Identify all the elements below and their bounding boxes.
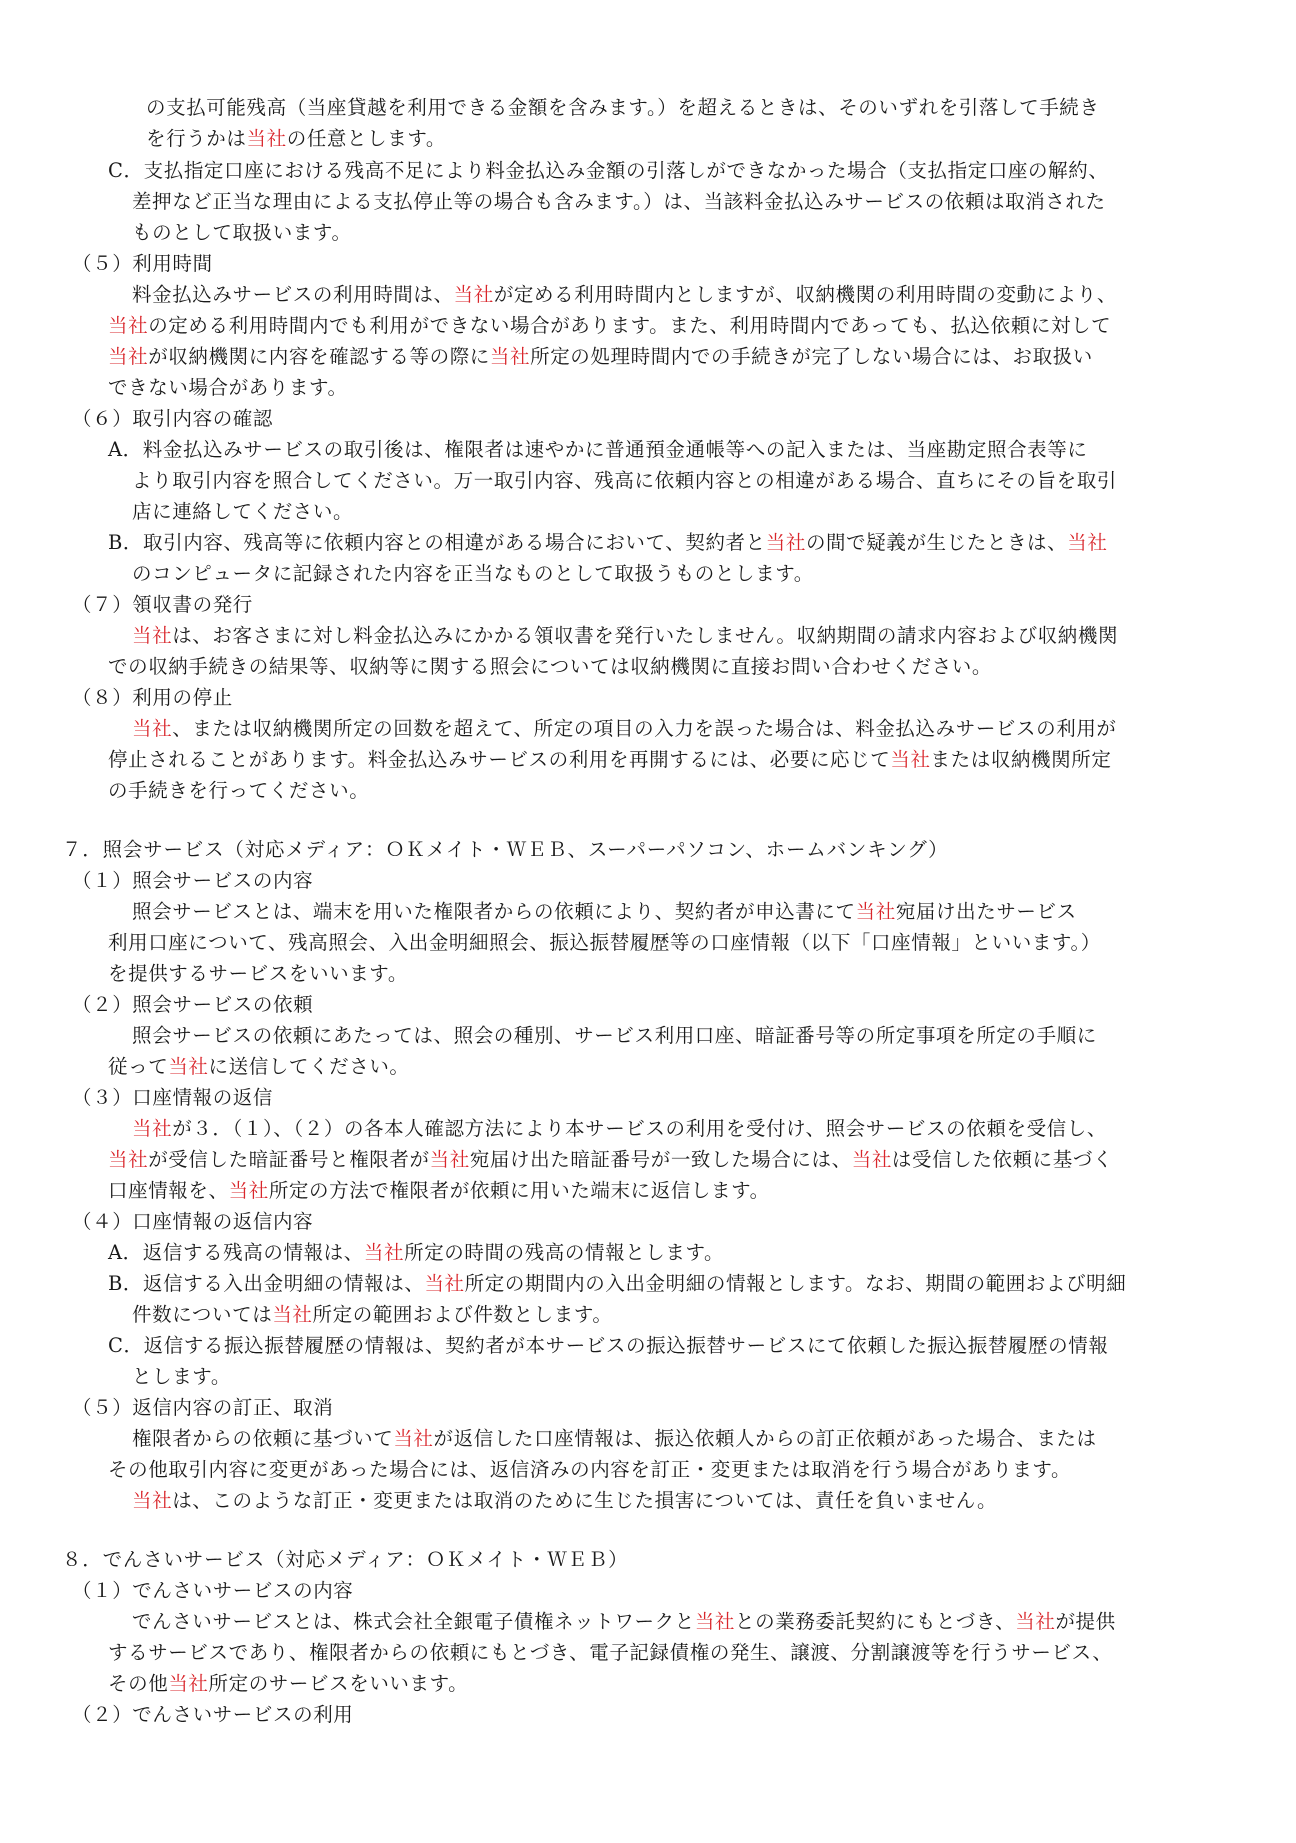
text-line: 照会サービスの依頼にあたっては、照会の種別、サービス利用口座、暗証番号等の所定事…	[132, 1022, 1097, 1050]
text-line: 件数については当社所定の範囲および件数とします。	[132, 1301, 612, 1329]
text-segment: とします。	[132, 1365, 231, 1388]
company-term-highlight: 当社	[393, 1427, 433, 1450]
text-line: の手続きを行ってください。	[108, 777, 369, 805]
text-segment: するサービスであり、権限者からの依頼にもとづき、電子記録債権の発生、譲渡、分割譲…	[108, 1641, 1112, 1664]
text-segment: （１）照会サービスの内容	[72, 869, 313, 892]
company-term-highlight: 当社	[364, 1241, 404, 1264]
text-segment: （２）でんさいサービスの利用	[72, 1703, 353, 1726]
text-segment: が提供	[1055, 1610, 1115, 1633]
company-term-highlight: 当社	[766, 531, 806, 554]
text-segment: 、または収納機関所定の回数を超えて、所定の項目の入力を誤った場合は、料金払込みサ…	[172, 717, 1116, 740]
text-line: （１）照会サービスの内容	[72, 867, 313, 895]
company-term-highlight: 当社	[108, 345, 148, 368]
text-line: 差押など正当な理由による支払停止等の場合も含みます。）は、当該料金払込みサービス…	[132, 188, 1106, 216]
text-line: （３）口座情報の返信	[72, 1084, 273, 1112]
document-page: の支払可能残高（当座貸越を利用できる金額を含みます。）を超えるときは、そのいずれ…	[0, 0, 1296, 1843]
company-term-highlight: 当社	[108, 314, 148, 337]
company-term-highlight: 当社	[108, 1148, 148, 1171]
text-line: ものとして取扱います。	[132, 219, 352, 247]
text-segment: ７．照会サービス（対応メディア：ＯＫメイト・ＷＥＢ、スーパーパソコン、ホームバン…	[62, 838, 948, 861]
text-line: 当社が３．（１）、（２）の各本人確認方法により本サービスの利用を受付け、照会サー…	[132, 1115, 1107, 1143]
text-line: 当社が収納機関に内容を確認する等の際に当社所定の処理時間内での手続きが完了しない…	[108, 343, 1093, 371]
text-line: 料金払込みサービスの利用時間は、当社が定める利用時間内としますが、収納機関の利用…	[132, 281, 1117, 309]
text-line: 利用口座について、残高照会、入出金明細照会、振込振替履歴等の口座情報（以下「口座…	[108, 929, 1101, 957]
text-segment: を提供するサービスをいいます。	[108, 962, 408, 985]
text-segment: その他	[108, 1672, 168, 1695]
text-segment: 利用口座について、残高照会、入出金明細照会、振込振替履歴等の口座情報（以下「口座…	[108, 931, 1101, 954]
text-segment: でんさいサービスとは、株式会社全銀電子債権ネットワークと	[132, 1610, 695, 1633]
company-term-highlight: 当社	[430, 1148, 470, 1171]
text-segment: （６）取引内容の確認	[72, 407, 273, 430]
text-line: 店に連絡してください。	[132, 498, 353, 526]
text-segment: の支払可能残高（当座貸越を利用できる金額を含みます。）を超えるときは、そのいずれ…	[146, 96, 1100, 119]
section-heading: ７．照会サービス（対応メディア：ＯＫメイト・ＷＥＢ、スーパーパソコン、ホームバン…	[62, 836, 948, 864]
company-term-highlight: 当社	[424, 1272, 464, 1295]
text-segment: （３）口座情報の返信	[72, 1086, 273, 1109]
text-line: A．料金払込みサービスの取引後は、権限者は速やかに普通預金通帳等への記入または、…	[108, 436, 1087, 464]
company-term-highlight: 当社	[132, 1489, 172, 1512]
text-line: （４）口座情報の返信内容	[72, 1208, 313, 1236]
text-segment: が返信した口座情報は、振込依頼人からの訂正依頼があった場合、または	[434, 1427, 1097, 1450]
text-segment: 所定の範囲および件数とします。	[313, 1303, 613, 1326]
text-line: でんさいサービスとは、株式会社全銀電子債権ネットワークと当社との業務委託契約にも…	[132, 1608, 1116, 1636]
text-segment: その他取引内容に変更があった場合には、返信済みの内容を訂正・変更または取消を行う…	[108, 1458, 1071, 1481]
text-line: B．返信する入出金明細の情報は、当社所定の期間内の入出金明細の情報とします。なお…	[108, 1270, 1126, 1298]
text-line: A．返信する残高の情報は、当社所定の時間の残高の情報とします。	[108, 1239, 724, 1267]
text-segment: に送信してください。	[209, 1055, 410, 1078]
company-term-highlight: 当社	[890, 748, 930, 771]
company-term-highlight: 当社	[132, 1117, 172, 1140]
text-segment: C．支払指定口座における残高不足により料金払込み金額の引落しができなかった場合（…	[108, 159, 1108, 182]
text-line: B．取引内容、残高等に依頼内容との相違がある場合において、契約者と当社の間で疑義…	[108, 529, 1107, 557]
company-term-highlight: 当社	[695, 1610, 735, 1633]
text-line: 権限者からの依頼に基づいて当社が返信した口座情報は、振込依頼人からの訂正依頼があ…	[132, 1425, 1097, 1453]
section-heading: ８．でんさいサービス（対応メディア：ＯＫメイト・ＷＥＢ）	[62, 1546, 628, 1574]
text-segment: との業務委託契約にもとづき、	[735, 1610, 1015, 1633]
text-line: その他当社所定のサービスをいいます。	[108, 1670, 468, 1698]
text-segment: を行うかは	[146, 127, 247, 150]
text-line: （６）取引内容の確認	[72, 405, 273, 433]
text-segment: 権限者からの依頼に基づいて	[132, 1427, 393, 1450]
text-segment: ものとして取扱います。	[132, 221, 352, 244]
text-segment: の手続きを行ってください。	[108, 779, 369, 802]
text-segment: が３．（１）、（２）の各本人確認方法により本サービスの利用を受付け、照会サービス…	[172, 1117, 1107, 1140]
company-term-highlight: 当社	[168, 1672, 208, 1695]
text-segment: が定める利用時間内としますが、収納機関の利用時間の変動により、	[494, 283, 1117, 306]
text-segment: ８．でんさいサービス（対応メディア：ＯＫメイト・ＷＥＢ）	[62, 1548, 628, 1571]
text-line: （８）利用の停止	[72, 684, 233, 712]
text-line: するサービスであり、権限者からの依頼にもとづき、電子記録債権の発生、譲渡、分割譲…	[108, 1639, 1112, 1667]
text-segment: 所定の処理時間内での手続きが完了しない場合には、お取扱い	[530, 345, 1093, 368]
text-line: その他取引内容に変更があった場合には、返信済みの内容を訂正・変更または取消を行う…	[108, 1456, 1071, 1484]
text-line: 照会サービスとは、端末を用いた権限者からの依頼により、契約者が申込書にて当社宛届…	[132, 898, 1077, 926]
text-line: 当社、または収納機関所定の回数を超えて、所定の項目の入力を誤った場合は、料金払込…	[132, 715, 1117, 743]
text-segment: は、このような訂正・変更または取消のために生じた損害については、責任を負いません…	[172, 1489, 997, 1512]
text-line: （１）でんさいサービスの内容	[72, 1577, 353, 1605]
company-term-highlight: 当社	[454, 283, 494, 306]
text-line: （５）利用時間	[72, 250, 213, 278]
text-segment: B．返信する入出金明細の情報は、	[108, 1272, 424, 1295]
text-line: （５）返信内容の訂正、取消	[72, 1394, 333, 1422]
text-segment: は、お客さまに対し料金払込みにかかる領収書を発行いたしません。収納期間の請求内容…	[172, 624, 1118, 647]
text-segment: （１）でんさいサービスの内容	[72, 1579, 353, 1602]
text-line: 当社は、お客さまに対し料金払込みにかかる領収書を発行いたしません。収納期間の請求…	[132, 622, 1118, 650]
text-line: を提供するサービスをいいます。	[108, 960, 408, 988]
text-segment: 差押など正当な理由による支払停止等の場合も含みます。）は、当該料金払込みサービス…	[132, 190, 1106, 213]
text-segment: での収納手続きの結果等、収納等に関する照会については収納機関に直接お問い合わせく…	[108, 655, 992, 678]
text-line: 当社が受信した暗証番号と権限者が当社宛届け出た暗証番号が一致した場合には、当社は…	[108, 1146, 1113, 1174]
text-segment: の任意とします。	[287, 127, 446, 150]
text-segment: の定める利用時間内でも利用ができない場合があります。また、利用時間内であっても、…	[148, 314, 1111, 337]
text-segment: 店に連絡してください。	[132, 500, 353, 523]
text-segment: （２）照会サービスの依頼	[72, 993, 313, 1016]
text-segment: が収納機関に内容を確認する等の際に	[148, 345, 490, 368]
text-line: （７）領収書の発行	[72, 591, 253, 619]
company-term-highlight: 当社	[1067, 531, 1107, 554]
text-segment: （５）返信内容の訂正、取消	[72, 1396, 333, 1419]
text-segment: 宛届け出た暗証番号が一致した場合には、	[470, 1148, 852, 1171]
text-segment: 宛届け出たサービス	[896, 900, 1077, 923]
text-segment: 口座情報を、	[108, 1179, 229, 1202]
text-line: のコンピュータに記録された内容を正当なものとして取扱うものとします。	[132, 560, 814, 588]
text-segment: 従って	[108, 1055, 168, 1078]
text-line: できない場合があります。	[108, 374, 348, 402]
company-term-highlight: 当社	[856, 900, 896, 923]
text-segment: （８）利用の停止	[72, 686, 233, 709]
company-term-highlight: 当社	[1015, 1610, 1055, 1633]
text-segment: 所定の方法で権限者が依頼に用いた端末に返信します。	[269, 1179, 770, 1202]
company-term-highlight: 当社	[132, 717, 172, 740]
text-line: での収納手続きの結果等、収納等に関する照会については収納機関に直接お問い合わせく…	[108, 653, 992, 681]
company-term-highlight: 当社	[490, 345, 530, 368]
text-segment: 照会サービスとは、端末を用いた権限者からの依頼により、契約者が申込書にて	[132, 900, 856, 923]
text-line: （２）でんさいサービスの利用	[72, 1701, 353, 1729]
text-line: 口座情報を、当社所定の方法で権限者が依頼に用いた端末に返信します。	[108, 1177, 770, 1205]
text-segment: できない場合があります。	[108, 376, 348, 399]
text-segment: A．返信する残高の情報は、	[108, 1241, 364, 1264]
text-line: C．支払指定口座における残高不足により料金払込み金額の引落しができなかった場合（…	[108, 157, 1108, 185]
text-segment: B．取引内容、残高等に依頼内容との相違がある場合において、契約者と	[108, 531, 766, 554]
company-term-highlight: 当社	[852, 1148, 892, 1171]
text-segment: は受信した依頼に基づく	[892, 1148, 1113, 1171]
text-segment: C．返信する振込振替履歴の情報は、契約者が本サービスの振込振替サービスにて依頼し…	[108, 1334, 1108, 1357]
text-segment: （５）利用時間	[72, 252, 213, 275]
text-segment: 料金払込みサービスの利用時間は、	[132, 283, 454, 306]
text-segment: または収納機関所定	[931, 748, 1112, 771]
text-line: 停止されることがあります。料金払込みサービスの利用を再開するには、必要に応じて当…	[108, 746, 1111, 774]
text-line: 従って当社に送信してください。	[108, 1053, 410, 1081]
text-segment: （４）口座情報の返信内容	[72, 1210, 313, 1233]
text-segment: 停止されることがあります。料金払込みサービスの利用を再開するには、必要に応じて	[108, 748, 890, 771]
company-term-highlight: 当社	[272, 1303, 312, 1326]
text-line: より取引内容を照合してください。万一取引内容、残高に依頼内容との相違がある場合、…	[132, 467, 1117, 495]
company-term-highlight: 当社	[247, 127, 287, 150]
text-segment: 照会サービスの依頼にあたっては、照会の種別、サービス利用口座、暗証番号等の所定事…	[132, 1024, 1097, 1047]
text-segment: 所定のサービスをいいます。	[209, 1672, 469, 1695]
text-line: 当社は、このような訂正・変更または取消のために生じた損害については、責任を負いま…	[132, 1487, 997, 1515]
text-segment: 件数については	[132, 1303, 272, 1326]
text-segment: より取引内容を照合してください。万一取引内容、残高に依頼内容との相違がある場合、…	[132, 469, 1117, 492]
text-segment: 所定の期間内の入出金明細の情報とします。なお、期間の範囲および明細	[465, 1272, 1127, 1295]
company-term-highlight: 当社	[229, 1179, 269, 1202]
text-line: の支払可能残高（当座貸越を利用できる金額を含みます。）を超えるときは、そのいずれ…	[146, 94, 1100, 122]
text-line: とします。	[132, 1363, 231, 1391]
text-line: を行うかは当社の任意とします。	[146, 125, 446, 153]
text-segment: （７）領収書の発行	[72, 593, 253, 616]
text-segment: 所定の時間の残高の情報とします。	[404, 1241, 724, 1264]
text-segment: の間で疑義が生じたときは、	[806, 531, 1067, 554]
company-term-highlight: 当社	[132, 624, 172, 647]
text-segment: のコンピュータに記録された内容を正当なものとして取扱うものとします。	[132, 562, 814, 585]
text-line: C．返信する振込振替履歴の情報は、契約者が本サービスの振込振替サービスにて依頼し…	[108, 1332, 1108, 1360]
text-segment: が受信した暗証番号と権限者が	[148, 1148, 429, 1171]
company-term-highlight: 当社	[168, 1055, 208, 1078]
text-line: 当社の定める利用時間内でも利用ができない場合があります。また、利用時間内であって…	[108, 312, 1111, 340]
text-line: （２）照会サービスの依頼	[72, 991, 313, 1019]
text-segment: A．料金払込みサービスの取引後は、権限者は速やかに普通預金通帳等への記入または、…	[108, 438, 1087, 461]
